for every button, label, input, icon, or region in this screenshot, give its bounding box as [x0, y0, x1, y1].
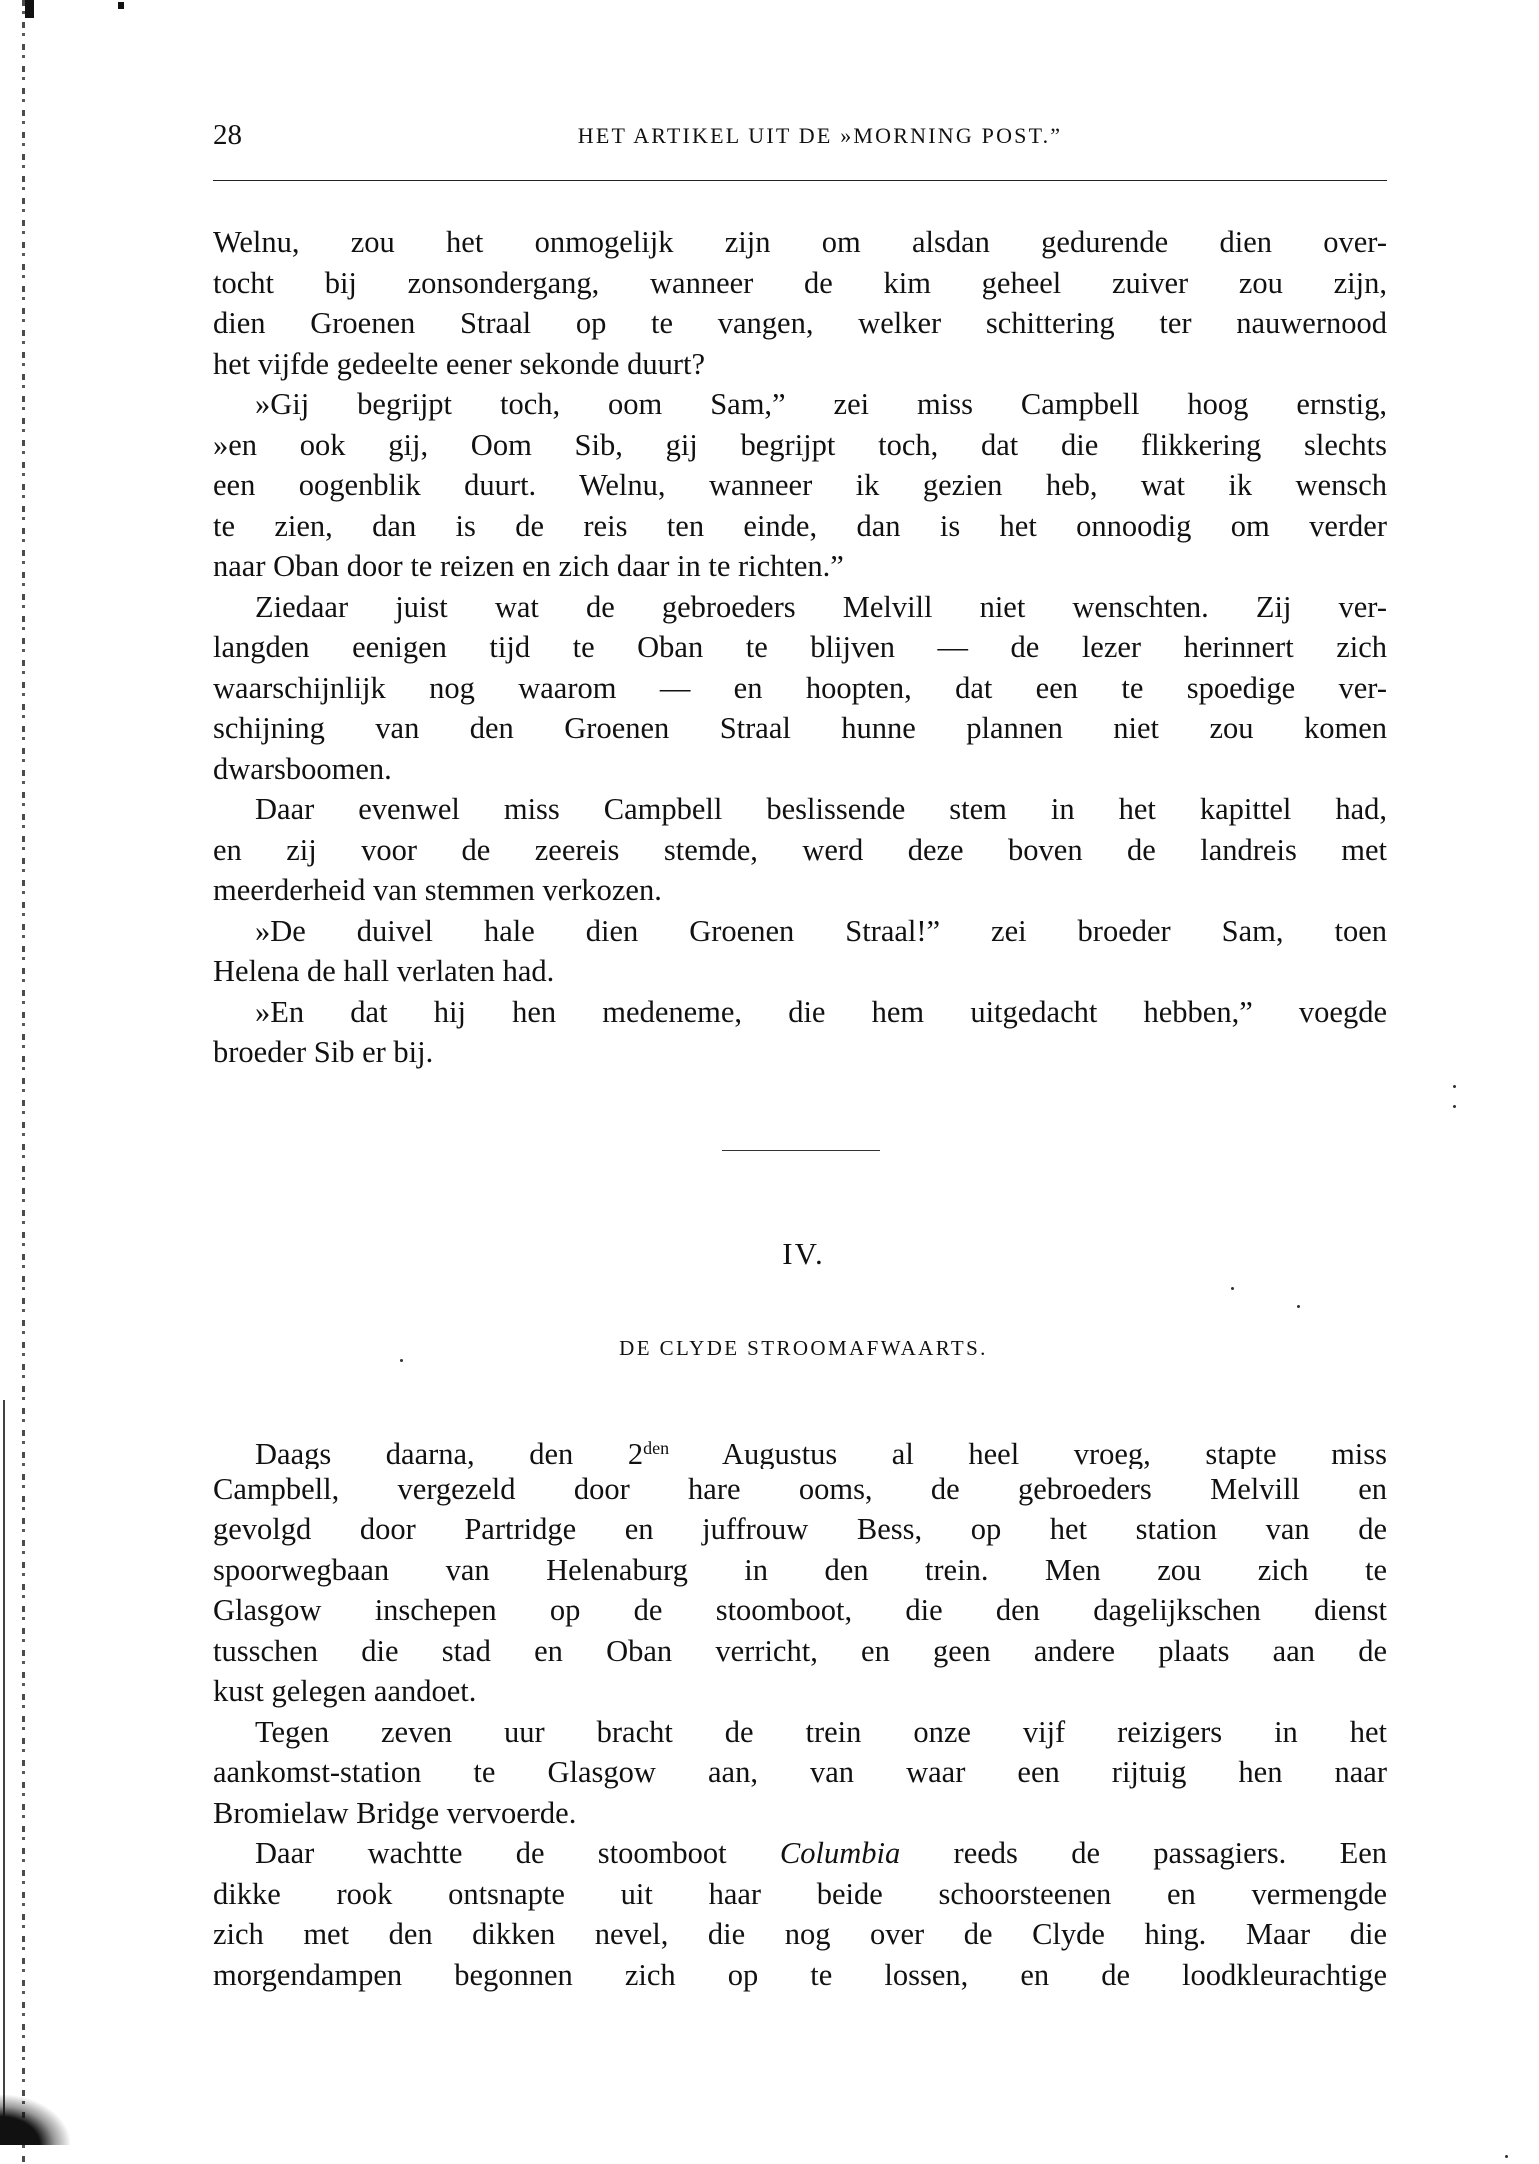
scan-speck	[1453, 1085, 1456, 1088]
text-line: Campbell, vergezeld door hare ooms, de g…	[213, 1469, 1387, 1510]
scan-mark	[118, 2, 124, 9]
text-line: waarschijnlijk nog waarom — en hoopten, …	[213, 668, 1387, 709]
text-line: broeder Sib er bij.	[213, 1032, 1387, 1073]
text-line: »En dat hij hen medeneme, die hem uitged…	[213, 992, 1387, 1033]
binding-edge-artifact	[3, 1400, 5, 2120]
text-fragment: reeds de passagiers. Een	[900, 1836, 1387, 1870]
text-line: langden eenigen tijd te Oban te blijven …	[213, 627, 1387, 668]
ship-name: Columbia	[780, 1836, 900, 1870]
chapter-title: DE CLYDE STROOMAFWAARTS.	[0, 1336, 1539, 1361]
text-fragment: Augustus al heel vroeg, stapte miss	[669, 1437, 1387, 1469]
text-line: het vijfde gedeelte eener sekonde duurt?	[213, 344, 1387, 385]
text-line: kust gelegen aandoet.	[213, 1671, 1387, 1712]
scan-speck	[400, 1359, 403, 1362]
text-line: een oogenblik duurt. Welnu, wanneer ik g…	[213, 465, 1387, 506]
text-line: en zij voor de zeereis stemde, werd deze…	[213, 830, 1387, 871]
section-separator	[722, 1150, 880, 1151]
text-line: aankomst-station te Glasgow aan, van waa…	[213, 1752, 1387, 1793]
superscript: den	[643, 1438, 669, 1458]
scan-speck	[1505, 2155, 1508, 2158]
scan-speck	[1453, 1105, 1456, 1108]
text-line: Daar wachtte de stoomboot Columbia reeds…	[213, 1833, 1387, 1874]
text-line: te zien, dan is de reis ten einde, dan i…	[213, 506, 1387, 547]
text-line: gevolgd door Partridge en juffrouw Bess,…	[213, 1509, 1387, 1550]
text-line: Helena de hall verlaten had.	[213, 951, 1387, 992]
text-fragment: Daar wachtte de stoomboot	[255, 1836, 780, 1870]
chapter-number: IV.	[0, 1236, 1539, 1272]
text-section-2: Daags daarna, den 2den Augustus al heel …	[213, 1428, 1387, 1995]
binding-edge-artifact	[22, 0, 25, 2164]
text-line: Daar evenwel miss Campbell beslissende s…	[213, 789, 1387, 830]
scan-mark	[25, 0, 34, 18]
text-line: Welnu, zou het onmogelijk zijn om alsdan…	[213, 222, 1387, 263]
text-line: Tegen zeven uur bracht de trein onze vij…	[213, 1712, 1387, 1753]
text-line: dikke rook ontsnapte uit haar beide scho…	[213, 1874, 1387, 1915]
text-line: dwarsboomen.	[213, 749, 1387, 790]
scan-speck	[1297, 1305, 1300, 1308]
text-line: Ziedaar juist wat de gebroeders Melvill …	[213, 587, 1387, 628]
text-fragment: Daags daarna, den 2	[255, 1437, 643, 1469]
text-line: zich met den dikken nevel, die nog over …	[213, 1914, 1387, 1955]
text-line: Bromielaw Bridge vervoerde.	[213, 1793, 1387, 1834]
running-title: HET ARTIKEL UIT DE »MORNING POST.”	[213, 118, 1387, 154]
text-line: tocht bij zonsondergang, wanneer de kim …	[213, 263, 1387, 304]
book-page: 28 HET ARTIKEL UIT DE »MORNING POST.” We…	[0, 0, 1539, 2164]
text-line: »en ook gij, Oom Sib, gij begrijpt toch,…	[213, 425, 1387, 466]
text-line: tusschen die stad en Oban verricht, en g…	[213, 1631, 1387, 1672]
text-line: Glasgow inschepen op de stoomboot, die d…	[213, 1590, 1387, 1631]
text-line: »Gij begrijpt toch, oom Sam,” zei miss C…	[213, 384, 1387, 425]
text-line: »De duivel hale dien Groenen Straal!” ze…	[213, 911, 1387, 952]
text-section-1: Welnu, zou het onmogelijk zijn om alsdan…	[213, 222, 1387, 1073]
header-rule	[213, 180, 1387, 181]
scan-speck	[1231, 1287, 1234, 1290]
text-line: schijning van den Groenen Straal hunne p…	[213, 708, 1387, 749]
text-line: naar Oban door te reizen en zich daar in…	[213, 546, 1387, 587]
text-line: dien Groenen Straal op te vangen, welker…	[213, 303, 1387, 344]
text-line: Daags daarna, den 2den Augustus al heel …	[213, 1428, 1387, 1469]
text-line: spoorwegbaan van Helenaburg in den trein…	[213, 1550, 1387, 1591]
binding-corner-artifact	[0, 2095, 70, 2145]
text-line: meerderheid van stemmen verkozen.	[213, 870, 1387, 911]
text-line: morgendampen begonnen zich op te lossen,…	[213, 1955, 1387, 1996]
